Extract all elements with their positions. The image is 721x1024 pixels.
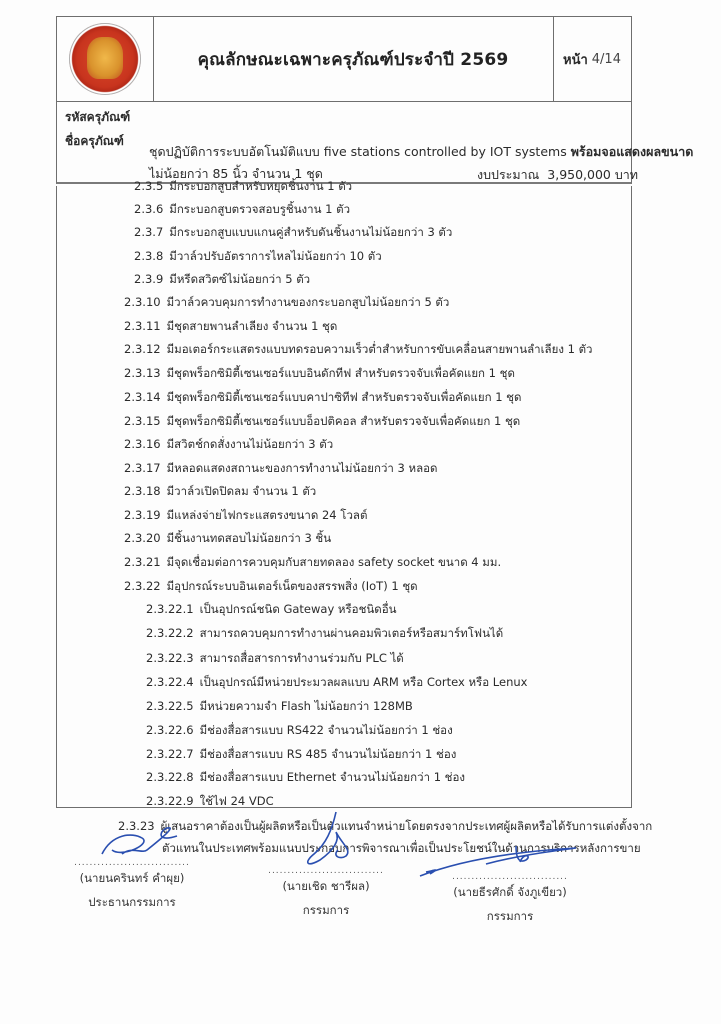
spec-item: 2.3.13มีชุดพร็อกซิมิตี้เซนเซอร์แบบอินดัก… <box>124 365 515 383</box>
equipment-info: รหัสครุภัณฑ์ ชื่อครุภัณฑ์ ชุดปฏิบัติการร… <box>56 102 632 184</box>
spec-item-number: 2.3.22.5 <box>146 699 194 713</box>
spec-item: 2.3.22.6มีช่องสื่อสารแบบ RS422 จำนวนไม่น… <box>146 722 453 740</box>
logo-cell <box>57 17 154 101</box>
spec-item: 2.3.5มีกระบอกสูบสำหรับหยุดชิ้นงาน 1 ตัว <box>134 178 352 196</box>
spec-item-text: มีหลอดแสดงสถานะของการทำงานไม่น้อยกว่า 3 … <box>167 461 438 475</box>
spec-item: 2.3.22.8มีช่องสื่อสารแบบ Ethernet จำนวนไ… <box>146 769 465 787</box>
spec-item-number: 2.3.22.4 <box>146 675 194 689</box>
spec-item-text: มีช่องสื่อสารแบบ RS 485 จำนวนไม่น้อยกว่า… <box>200 747 457 761</box>
spec-item-number: 2.3.22.6 <box>146 723 194 737</box>
spec-item-number: 2.3.22.9 <box>146 794 194 808</box>
spec-item-text: มีวาล์วปรับอัตราการไหลไม่น้อยกว่า 10 ตัว <box>169 249 381 263</box>
spec-item-number: 2.3.19 <box>124 508 161 522</box>
signature-member-1: .............................. (นายเชิด … <box>256 866 396 920</box>
signer-role: กรรมการ <box>430 908 590 926</box>
spec-item: 2.3.22.1เป็นอุปกรณ์ชนิด Gateway หรือชนิด… <box>146 601 396 619</box>
signer-role: กรรมการ <box>256 902 396 920</box>
spec-item: 2.3.22.4เป็นอุปกรณ์มีหน่วยประมวลผลแบบ AR… <box>146 674 527 692</box>
spec-item-text: มีอุปกรณ์ระบบอินเตอร์เน็ตของสรรพสิ่ง (Io… <box>167 579 418 593</box>
spec-item-text: มีกระบอกสูบสำหรับหยุดชิ้นงาน 1 ตัว <box>169 179 352 193</box>
spec-item-number: 2.3.22.2 <box>146 626 194 640</box>
spec-item-number: 2.3.22.1 <box>146 602 194 616</box>
spec-item-text: มีกระบอกสูบแบบแกนคู่สำหรับดันชิ้นงานไม่น… <box>169 225 452 239</box>
page-cell: หน้า 4/14 <box>553 17 631 101</box>
spec-item-number: 2.3.22.8 <box>146 770 194 784</box>
spec-item: 2.3.20มีชิ้นงานทดสอบไม่น้อยกว่า 3 ชิ้น <box>124 530 331 548</box>
spec-item-text: มีชิ้นงานทดสอบไม่น้อยกว่า 3 ชิ้น <box>167 531 332 545</box>
spec-item-number: 2.3.16 <box>124 437 161 451</box>
spec-item-number: 2.3.13 <box>124 366 161 380</box>
equipment-name-label: ชื่อครุภัณฑ์ <box>65 132 124 151</box>
budget-label: งบประมาณ <box>477 167 539 182</box>
signer-name: (นายนครินทร์ คำผุย) <box>62 870 202 888</box>
title-cell: คุณลักษณะเฉพาะครุภัณฑ์ประจำปี 2569 <box>153 17 554 101</box>
signature-scribble-icon <box>416 842 586 882</box>
spec-item: 2.3.22มีอุปกรณ์ระบบอินเตอร์เน็ตของสรรพสิ… <box>124 578 418 596</box>
signer-name: (นายเชิด ชารีผล) <box>256 878 396 896</box>
signature-scribble-icon <box>296 810 376 870</box>
page-number: 4/14 <box>592 52 621 67</box>
equipment-name-bold: พร้อมจอแสดงผลขนาด <box>571 144 694 159</box>
spec-item-text: มีช่องสื่อสารแบบ Ethernet จำนวนไม่น้อยกว… <box>200 770 465 784</box>
spec-item-text: มีวาล์วควบคุมการทำงานของกระบอกสูบไม่น้อย… <box>167 295 450 309</box>
document-page: คุณลักษณะเฉพาะครุภัณฑ์ประจำปี 2569 หน้า … <box>0 0 721 1024</box>
spec-item-text: มีช่องสื่อสารแบบ RS422 จำนวนไม่น้อยกว่า … <box>200 723 453 737</box>
spec-item: 2.3.23ผู้เสนอราคาต้องเป็นผู้ผลิตหรือเป็น… <box>118 818 652 836</box>
spec-item-number: 2.3.10 <box>124 295 161 309</box>
spec-item: 2.3.22.5มีหน่วยความจำ Flash ไม่น้อยกว่า … <box>146 698 413 716</box>
spec-item-text: มีจุดเชื่อมต่อการควบคุมกับสายทดลอง safet… <box>167 555 502 569</box>
spec-item: 2.3.17มีหลอดแสดงสถานะของการทำงานไม่น้อยก… <box>124 460 438 478</box>
spec-item-text: มีกระบอกสูบตรวจสอบรูชิ้นงาน 1 ตัว <box>169 202 350 216</box>
spec-item-text: ผู้เสนอราคาต้องเป็นผู้ผลิตหรือเป็นตัวแทน… <box>161 819 653 833</box>
spec-item: 2.3.16มีสวิตช์กดสั่งงานไม่น้อยกว่า 3 ตัว <box>124 436 333 454</box>
spec-item: 2.3.10มีวาล์วควบคุมการทำงานของกระบอกสูบไ… <box>124 294 449 312</box>
spec-item: 2.3.15มีชุดพร็อกซิมิตี้เซนเซอร์แบบอ็อปติ… <box>124 413 520 431</box>
equipment-name-normal: ชุดปฏิบัติการระบบอัตโนมัติแบบ five stati… <box>149 144 571 159</box>
equipment-name-line1: ชุดปฏิบัติการระบบอัตโนมัติแบบ five stati… <box>149 142 693 162</box>
spec-item-text: มีชุดพร็อกซิมิตี้เซนเซอร์แบบอ็อปติคอล สำ… <box>167 414 521 428</box>
spec-item: 2.3.22.7มีช่องสื่อสารแบบ RS 485 จำนวนไม่… <box>146 746 456 764</box>
document-title: คุณลักษณะเฉพาะครุภัณฑ์ประจำปี 2569 <box>198 46 509 73</box>
spec-item-text: มีหรีดสวิตซ์ไม่น้อยกว่า 5 ตัว <box>169 272 310 286</box>
spec-item-text: มีสวิตช์กดสั่งงานไม่น้อยกว่า 3 ตัว <box>167 437 334 451</box>
spec-item-number: 2.3.9 <box>134 272 163 286</box>
spec-item-text: สามารถควบคุมการทำงานผ่านคอมพิวเตอร์หรือส… <box>200 626 504 640</box>
spec-item-text: มีแหล่งจ่ายไฟกระแสตรงขนาด 24 โวลต์ <box>167 508 368 522</box>
spec-item-text: สามารถสื่อสารการทำงานร่วมกับ PLC ได้ <box>200 651 404 665</box>
spec-item: 2.3.7มีกระบอกสูบแบบแกนคู่สำหรับดันชิ้นงา… <box>134 224 452 242</box>
signer-role: ประธานกรรมการ <box>62 894 202 912</box>
signature-chairman: .............................. (นายนคริน… <box>62 858 202 912</box>
spec-item-number: 2.3.12 <box>124 342 161 356</box>
spec-item-number: 2.3.6 <box>134 202 163 216</box>
spec-item-number: 2.3.22.7 <box>146 747 194 761</box>
spec-item-text: มีชุดสายพานลำเลียง จำนวน 1 ชุด <box>167 319 338 333</box>
spec-item-number: 2.3.22.3 <box>146 651 194 665</box>
spec-item-text: เป็นอุปกรณ์มีหน่วยประมวลผลแบบ ARM หรือ C… <box>200 675 528 689</box>
spec-item-text: ใช้ไฟ 24 VDC <box>200 794 274 808</box>
header-table: คุณลักษณะเฉพาะครุภัณฑ์ประจำปี 2569 หน้า … <box>56 16 632 102</box>
spec-item: 2.3.22.2สามารถควบคุมการทำงานผ่านคอมพิวเต… <box>146 625 503 643</box>
spec-item: 2.3.18มีวาล์วเปิดปิดลม จำนวน 1 ตัว <box>124 483 316 501</box>
vocational-education-seal-icon <box>69 23 141 95</box>
budget-value: 3,950,000 บาท <box>547 167 638 182</box>
spec-item-number: 2.3.11 <box>124 319 161 333</box>
spec-item-number: 2.3.8 <box>134 249 163 263</box>
spec-item: 2.3.22.3สามารถสื่อสารการทำงานร่วมกับ PLC… <box>146 650 404 668</box>
spec-item-number: 2.3.15 <box>124 414 161 428</box>
spec-item-number: 2.3.14 <box>124 390 161 404</box>
equipment-code-label: รหัสครุภัณฑ์ <box>65 108 130 127</box>
spec-item: 2.3.12มีมอเตอร์กระแสตรงแบบทดรอบความเร็วต… <box>124 341 593 359</box>
spec-item-text: มีมอเตอร์กระแสตรงแบบทดรอบความเร็วต่ำสำหร… <box>167 342 593 356</box>
spec-item-text: มีหน่วยความจำ Flash ไม่น้อยกว่า 128MB <box>200 699 413 713</box>
spec-item-number: 2.3.21 <box>124 555 161 569</box>
signature-scribble-icon <box>92 824 182 864</box>
spec-item: 2.3.11มีชุดสายพานลำเลียง จำนวน 1 ชุด <box>124 318 337 336</box>
spec-item-text: มีชุดพร็อกซิมิตี้เซนเซอร์แบบคาปาซิทีฟ สำ… <box>167 390 522 404</box>
spec-item-text: เป็นอุปกรณ์ชนิด Gateway หรือชนิดอื่น <box>200 602 397 616</box>
spec-item-text: มีชุดพร็อกซิมิตี้เซนเซอร์แบบอินดักทีฟ สำ… <box>167 366 515 380</box>
spec-item: 2.3.22.9ใช้ไฟ 24 VDC <box>146 793 274 811</box>
spec-item: 2.3.8มีวาล์วปรับอัตราการไหลไม่น้อยกว่า 1… <box>134 248 382 266</box>
spec-item-number: 2.3.5 <box>134 179 163 193</box>
budget: งบประมาณ3,950,000 บาท <box>477 165 638 185</box>
seal-emblem <box>87 37 123 79</box>
spec-item: 2.3.9มีหรีดสวิตซ์ไม่น้อยกว่า 5 ตัว <box>134 271 310 289</box>
spec-item: 2.3.19มีแหล่งจ่ายไฟกระแสตรงขนาด 24 โวลต์ <box>124 507 367 525</box>
spec-item-text: มีวาล์วเปิดปิดลม จำนวน 1 ตัว <box>167 484 317 498</box>
spec-item-number: 2.3.22 <box>124 579 161 593</box>
spec-item: 2.3.21มีจุดเชื่อมต่อการควบคุมกับสายทดลอง… <box>124 554 501 572</box>
spec-item-number: 2.3.18 <box>124 484 161 498</box>
page-label: หน้า <box>563 49 588 70</box>
spec-item: 2.3.6มีกระบอกสูบตรวจสอบรูชิ้นงาน 1 ตัว <box>134 201 350 219</box>
spec-item-number: 2.3.20 <box>124 531 161 545</box>
spec-item: 2.3.14มีชุดพร็อกซิมิตี้เซนเซอร์แบบคาปาซิ… <box>124 389 521 407</box>
spec-item-number: 2.3.7 <box>134 225 163 239</box>
signature-member-2: .............................. (นายธีรศั… <box>430 872 590 926</box>
spec-item-number: 2.3.17 <box>124 461 161 475</box>
signer-name: (นายธีรศักดิ์ จังภูเขียว) <box>430 884 590 902</box>
